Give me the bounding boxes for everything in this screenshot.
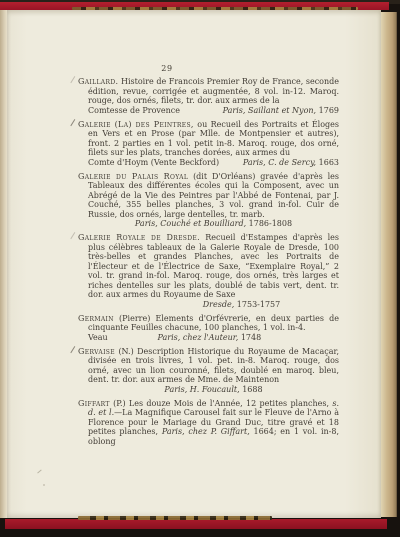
pencil-check-mark xyxy=(70,118,75,126)
entry-body: (P.) Les douze Mois de l'Année, 12 petit… xyxy=(113,399,332,408)
entry-heading: Galerie Royale de Dresde. xyxy=(78,233,200,242)
entry-date: 1688 xyxy=(242,385,262,394)
entry-date: 1748 xyxy=(241,333,261,342)
book-fore-edge xyxy=(381,12,397,517)
pencil-check-mark xyxy=(70,232,75,240)
entry-imprint: Paris, H. Foucault, 1688 xyxy=(88,385,339,395)
catalog-entry-giffart: Giffart (P.) Les douze Mois de l'Année, … xyxy=(78,399,339,447)
entry-heading: Giffart xyxy=(78,399,110,408)
book-page: 29 Gaillard. Histoire de Francois Premie… xyxy=(7,10,381,518)
entry-imprint: Paris, C. de Sercy, 1663 xyxy=(243,158,339,168)
entry-imprint: Dresde, 1753-1757 xyxy=(88,300,339,310)
pencil-check-mark xyxy=(70,76,75,84)
catalog-entry-germain: Germain (Pierre) Elements d'Orfévrerie, … xyxy=(78,314,339,343)
entry-tail: Comtesse de Provence xyxy=(88,106,180,116)
entry-body: (N.) Description Historique du Royaume d… xyxy=(88,347,339,385)
entry-date: 1663 xyxy=(319,158,339,167)
entry-tail: Veau xyxy=(88,333,108,343)
entry-imprint: Paris, Saillant et Nyon, 1769 xyxy=(223,106,339,116)
entry-date: 1769 xyxy=(319,106,339,115)
entry-tail: Comte d'Hoym (Vente Beckford) xyxy=(88,158,219,168)
gilt-edge-bottom xyxy=(78,516,272,520)
book-cover-edge-bottom xyxy=(5,519,387,529)
catalog-entries: Gaillard. Histoire de Francois Premier R… xyxy=(78,77,339,451)
entry-body: Histoire de Francois Premier Roy de Fran… xyxy=(88,77,339,105)
pencil-check-mark xyxy=(70,345,75,353)
entry-body: (Pierre) Elements d'Orfévrerie, en deux … xyxy=(88,314,339,333)
entry-imprint: Paris, chez l'Auteur, 1748 xyxy=(158,333,262,343)
entry-imprint: Paris, chez P. Giffart, xyxy=(162,427,250,436)
entry-date: 1786-1808 xyxy=(249,219,292,228)
catalog-entry-galerie-la-des-peintres: Galerie (La) des Peintres, ou Recueil de… xyxy=(78,120,339,168)
book-scan: { "page": { "number": "29", "paper_color… xyxy=(0,0,400,537)
gilt-edge-top xyxy=(72,7,358,10)
entry-heading: Gervaise xyxy=(78,347,115,356)
entry-body: Recueil d'Estampes d'après les plus célè… xyxy=(88,233,339,299)
pencil-speck xyxy=(37,470,42,474)
entry-heading: Galerie (La) des Peintres, xyxy=(78,120,194,129)
entry-date: 1753-1757 xyxy=(237,300,280,309)
page-number: 29 xyxy=(107,64,227,73)
entry-heading: Galerie du Palais Royal xyxy=(78,172,188,181)
entry-imprint: Paris, Couché et Bouilliard, 1786-1808 xyxy=(88,219,339,229)
catalog-entry-galerie-royale-de-dresde: Galerie Royale de Dresde. Recueil d'Esta… xyxy=(78,233,339,309)
entry-heading: Germain xyxy=(78,314,114,323)
entry-heading: Gaillard. xyxy=(78,77,118,86)
pencil-speck xyxy=(43,484,45,486)
catalog-entry-gervaise: Gervaise (N.) Description Historique du … xyxy=(78,347,339,395)
catalog-entry-galerie-du-palais-royal: Galerie du Palais Royal (dit D'Orléans) … xyxy=(78,172,339,229)
page-gutter-edge xyxy=(0,9,7,518)
catalog-entry-gaillard: Gaillard. Histoire de Francois Premier R… xyxy=(78,77,339,115)
